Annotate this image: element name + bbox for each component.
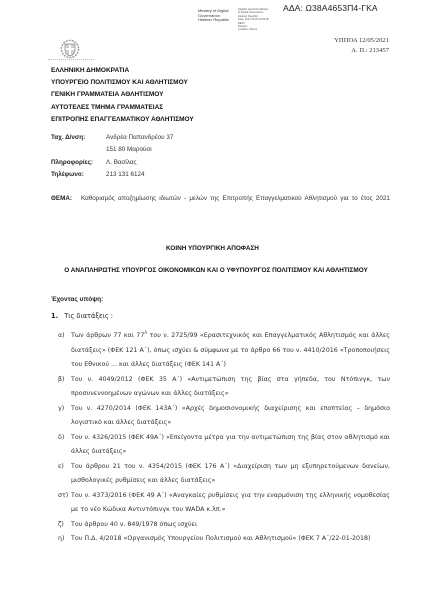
provision-text: Του Π.Δ. 4/2018 «Οργανισμός Υπουργείου Π… [71,532,370,547]
provision-item: γ) Του ν. 4270/2014 (ΦΕΚ 143Α΄) «Αρχές δ… [58,402,390,431]
provision-item: ζ) Του άρθρου 40 ν. 849/1978 όπως ισχύει [58,518,390,533]
provision-text-start: Των άρθρων 77 και 77 [71,332,144,339]
provision-item: β) Του ν. 4049/2012 (ΦΕΚ 35 Α΄) «Αντιμετ… [58,373,390,402]
provision-marker: στ) [58,489,71,518]
org-line: ΥΠΟΥΡΓΕΙΟ ΠΟΛΙΤΙΣΜΟΥ ΚΑΙ ΑΘΛΗΤΙΣΜΟΥ [51,77,194,89]
subject-text: Καθορισμός αποζημίωσης ιδιωτών - μελών τ… [81,193,390,205]
digital-signature-organization: Ministry of Digital Governance, Hellenic… [198,9,229,23]
provision-text: Του ν. 4049/2012 (ΦΕΚ 35 Α΄) «Αντιμετώπι… [71,373,390,402]
decision-title: ΚΟΙΝΗ ΥΠΟΥΡΓΙΚΗ ΑΠΟΦΑΣΗ [0,245,425,252]
org-line: ΕΛΛΗΝΙΚΗ ΔΗΜΟΚΡΑΤΙΑ [51,65,194,77]
spacer [51,144,106,156]
provision-marker: ε) [58,460,71,489]
address-row-2: 151 80 Μαρούσι [51,144,173,156]
provision-item: δ) Του ν. 4326/2015 (ΦΕΚ 49Α΄) «Επείγοντ… [58,431,390,460]
contact-block: Ταχ. Δ/νση: Ανδρέα Παπανδρέου 37 151 80 … [51,132,173,181]
provision-marker: δ) [58,431,71,460]
protocol-number: Α. Π.: 213457 [334,46,389,56]
item-text: Τις διατάξεις : [64,312,113,320]
address-row: Ταχ. Δ/νση: Ανδρέα Παπανδρέου 37 [51,132,173,144]
protocol-date: ΥΠΠΟΑ 12/05/2021 [334,36,389,46]
info-row: Πληροφορίες: Λ. Βασίλας [51,157,173,169]
provision-marker: α) [58,329,71,373]
address-line-2: 151 80 Μαρούσι [106,144,152,156]
provisions-list: α) Των άρθρων 77 και 77Α του ν. 2725/99 … [58,329,390,547]
phone-value: 213 131 6124 [106,169,145,181]
provision-marker: γ) [58,402,71,431]
provision-text: Του ν. 4326/2015 (ΦΕΚ 49Α΄) «Επείγοντα μ… [71,431,390,460]
address-line-1: Ανδρέα Παπανδρέου 37 [106,132,173,144]
numbered-item: 1. Τις διατάξεις : [51,312,113,320]
signature-org-line: Hellenic Republic [198,18,229,23]
org-line: ΑΥΤΟΤΕΛΕΣ ΤΜΗΜΑ ΓΡΑΜΜΑΤΕΙΑΣ [51,102,194,114]
address-label: Ταχ. Δ/νση: [51,132,106,144]
signature-detail-line: Location: Athens [238,28,269,31]
provision-text: Των άρθρων 77 και 77Α του ν. 2725/99 «Ερ… [71,329,390,373]
crest-caption-line [48,59,94,62]
phone-label: Τηλέφωνο: [51,169,106,181]
org-line: ΕΠΙΤΡΟΠΗΣ ΕΠΑΓΓΕΛΜΑΤΙΚΟΥ ΑΘΛΗΤΙΣΜΟΥ [51,114,194,126]
provision-text: Του ν. 4373/2016 (ΦΕΚ 49 Α΄) «Αναγκαίες … [71,489,390,518]
provision-marker: β) [58,373,71,402]
coat-of-arms-icon [60,39,80,59]
considering-heading: Έχοντας υπόψη: [51,296,103,303]
provision-item: η) Του Π.Δ. 4/2018 «Οργανισμός Υπουργείο… [58,532,390,547]
organization-header: ΕΛΛΗΝΙΚΗ ΔΗΜΟΚΡΑΤΙΑ ΥΠΟΥΡΓΕΙΟ ΠΟΛΙΤΙΣΜΟΥ… [51,65,194,126]
provision-item: στ) Του ν. 4373/2016 (ΦΕΚ 49 Α΄) «Αναγκα… [58,489,390,518]
info-label: Πληροφορίες: [51,157,106,169]
provision-item: ε) Του άρθρου 21 του ν. 4354/2015 (ΦΕΚ 1… [58,460,390,489]
issuing-authority: Ο ΑΝΑΠΛΗΡΩΤΗΣ ΥΠΟΥΡΓΟΣ ΟΙΚΟΝΟΜΙΚΩΝ ΚΑΙ Ο… [55,264,377,277]
protocol-reference: ΥΠΠΟΑ 12/05/2021 Α. Π.: 213457 [334,36,389,56]
subject-label: ΘΕΜΑ: [51,193,81,205]
info-value: Λ. Βασίλας [106,157,137,169]
ada-identifier: ΑΔΑ: Ω38Α4653Π4-ΓΚΑ [283,3,378,13]
item-number: 1. [51,312,58,320]
org-line: ΓΕΝΙΚΗ ΓΡΑΜΜΑΤΕΙΑ ΑΘΛΗΤΙΣΜΟΥ [51,89,194,101]
provision-marker: ζ) [58,518,71,533]
provision-marker: η) [58,532,71,547]
provision-item: α) Των άρθρων 77 και 77Α του ν. 2725/99 … [58,329,390,373]
phone-row: Τηλέφωνο: 213 131 6124 [51,169,173,181]
provision-text: Του άρθρου 21 του ν. 4354/2015 (ΦΕΚ 176 … [71,460,390,489]
provision-text: Του άρθρου 40 ν. 849/1978 όπως ισχύει [71,518,197,533]
digital-signature-details: Digitally signed by Ministry of Digital … [238,8,269,32]
provision-text: Του ν. 4270/2014 (ΦΕΚ 143Α΄) «Αρχές δημο… [71,402,390,431]
subject-block: ΘΕΜΑ: Καθορισμός αποζημίωσης ιδιωτών - μ… [51,193,391,205]
